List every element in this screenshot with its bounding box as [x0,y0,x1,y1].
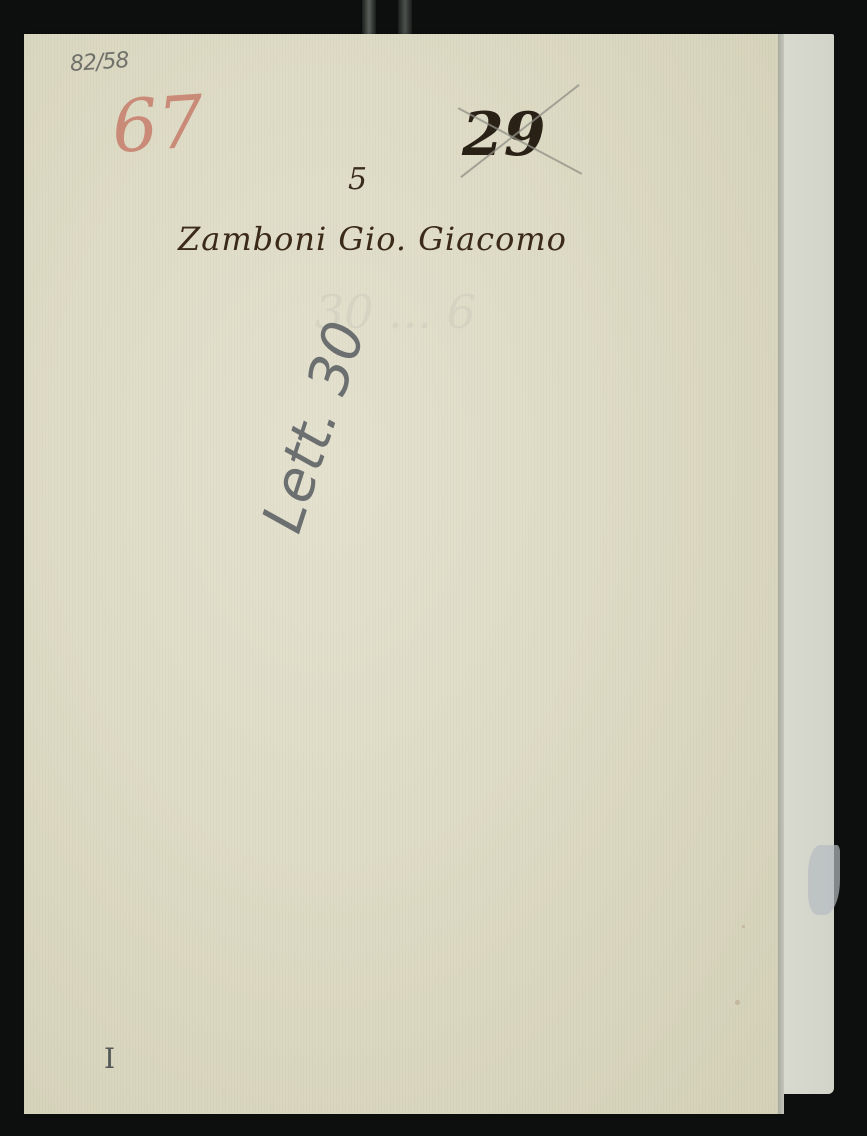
crossed-out-number: 29 [462,100,546,170]
water-stain [808,845,840,915]
foxing-spot [735,1000,740,1005]
author-name: Zamboni Gio. Giacomo [178,220,567,258]
pencil-shelfmark: 82/58 [69,48,129,77]
ink-mark: 5 [348,162,367,197]
roman-numeral: I [104,1042,115,1075]
foxing-spot [742,925,745,928]
red-crayon-number: 67 [109,79,206,169]
front-sheet [24,34,778,1114]
